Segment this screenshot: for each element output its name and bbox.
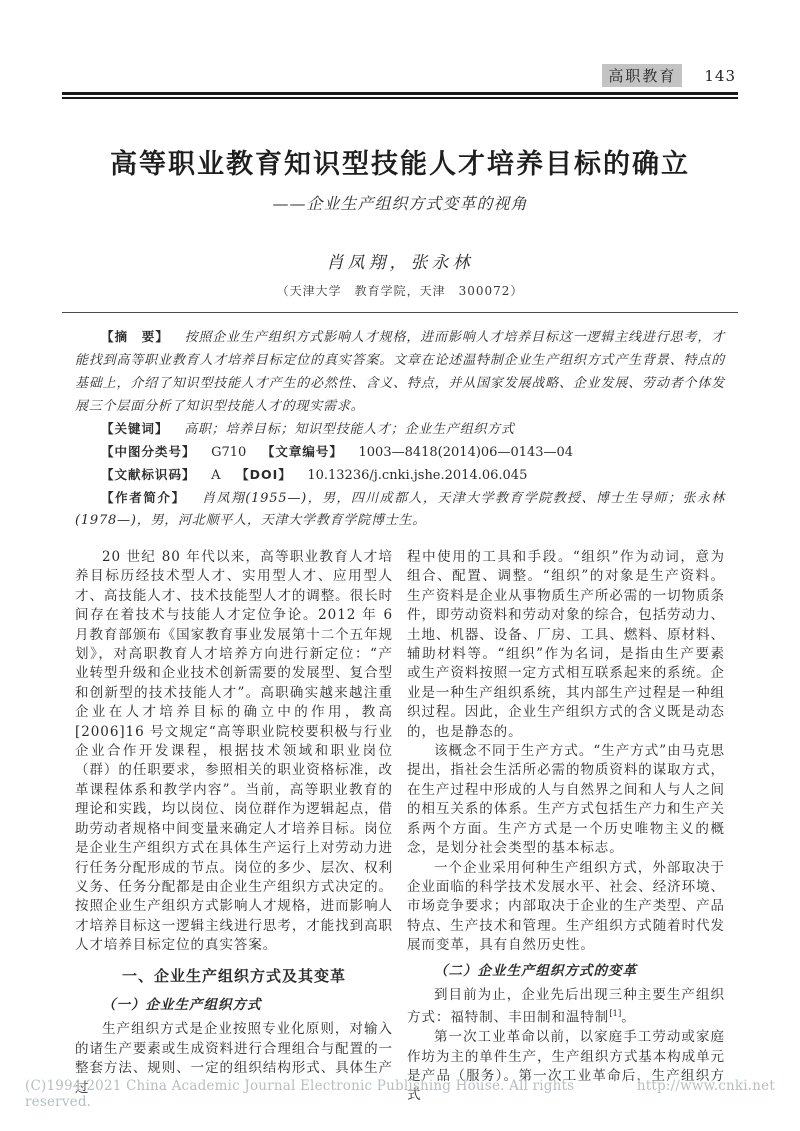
author-bio-line: 【作者简介】肖凤翔(1955—)，男，四川成都人，天津大学教育学院教授、博士生导… (75, 487, 725, 532)
article-id-value: 1003—8418(2014)06—0143—04 (359, 445, 574, 460)
left-column: 20 世纪 80 年代以来，高等职业教育人才培养目标历经技术型人才、实用型人才、… (75, 548, 393, 1106)
authors: 肖凤翔，张永林 (75, 248, 725, 273)
footer-url: http://www.cnki.net (637, 1078, 775, 1110)
running-head: 高职教育 143 (602, 64, 736, 87)
paragraph: 20 世纪 80 年代以来，高等职业教育人才培养目标历经技术型人才、实用型人才、… (75, 548, 393, 956)
subsection-heading: （二）企业生产组织方式的变革 (407, 962, 725, 981)
abstract-label: 【摘 要】 (101, 329, 169, 344)
header-double-rule (62, 92, 738, 99)
doc-code-label: 【文献标识码】 (101, 467, 196, 482)
clc-line: 【中图分类号】G710【文章编号】1003—8418(2014)06—0143—… (75, 441, 725, 464)
clc-label: 【中图分类号】 (101, 444, 196, 459)
keywords-label: 【关键词】 (101, 421, 169, 436)
paragraph: 一个企业采用何种生产组织方式，外部取决于企业面临的科学技术发展水平、社会、经济环… (407, 859, 725, 956)
journal-page: 高职教育 143 高等职业教育知识型技能人才培养目标的确立 ——企业生产组织方式… (0, 0, 800, 1131)
subsection-heading: （一）企业生产组织方式 (75, 996, 393, 1015)
affiliation: （天津大学 教育学院，天津 300072） (75, 282, 725, 299)
doi-label: 【DOI】 (236, 467, 292, 482)
abstract: 【摘 要】按照企业生产组织方式影响人才规格，进而影响人才培养目标这一逻辑主线进行… (75, 325, 725, 418)
article-meta: 【摘 要】按照企业生产组织方式影响人才规格，进而影响人才培养目标这一逻辑主线进行… (75, 325, 725, 532)
paragraph-text: 。 (621, 1010, 635, 1026)
paragraph: 该概念不同于生产方式。“生产方式”由马克思提出，指社会生活所必需的物质资料的谋取… (407, 742, 725, 858)
article-subtitle: ——企业生产组织方式变革的视角 (75, 191, 725, 214)
keywords-line: 【关键词】高职；培养目标；知识型技能人才；企业生产组织方式 (75, 418, 725, 441)
abstract-text: 按照企业生产组织方式影响人才规格，进而影响人才培养目标这一逻辑主线进行思考，才能… (75, 330, 725, 414)
footer-copyright: (C)1994-2021 China Academic Journal Elec… (25, 1078, 637, 1110)
doc-code-value: A (211, 468, 220, 483)
article-body: 20 世纪 80 年代以来，高等职业教育人才培养目标历经技术型人才、实用型人才、… (0, 532, 800, 1106)
section-heading: 一、企业生产组织方式及其变革 (75, 967, 393, 986)
reference-marker: [1] (609, 1009, 621, 1019)
keywords-text: 高职；培养目标；知识型技能人才；企业生产组织方式 (184, 422, 515, 437)
paragraph: 到目前为止，企业先后出现三种主要生产组织方式：福特制、丰田制和温特制[1]。 (407, 986, 725, 1028)
doi-value: 10.13236/j.cnki.jshe.2014.06.045 (307, 468, 527, 483)
author-bio-label: 【作者简介】 (101, 490, 186, 505)
cnki-footer: (C)1994-2021 China Academic Journal Elec… (25, 1078, 775, 1110)
doc-code-line: 【文献标识码】A【DOI】10.13236/j.cnki.jshe.2014.0… (75, 464, 725, 487)
clc-value: G710 (211, 445, 246, 460)
paragraph: 程中使用的工具和手段。“组织”作为动词，意为组合、配置、调整。“组织”的对象是生… (407, 548, 725, 742)
page-number: 143 (704, 67, 736, 85)
article-id-label: 【文章编号】 (262, 444, 343, 459)
paragraph-text: 到目前为止，企业先后出现三种主要生产组织方式：福特制、丰田制和温特制 (407, 987, 725, 1026)
journal-column-label: 高职教育 (602, 64, 682, 87)
article-title: 高等职业教育知识型技能人才培养目标的确立 (75, 142, 725, 181)
affiliation-separator-rule (62, 312, 738, 313)
right-column: 程中使用的工具和手段。“组织”作为动词，意为组合、配置、调整。“组织”的对象是生… (407, 548, 725, 1106)
